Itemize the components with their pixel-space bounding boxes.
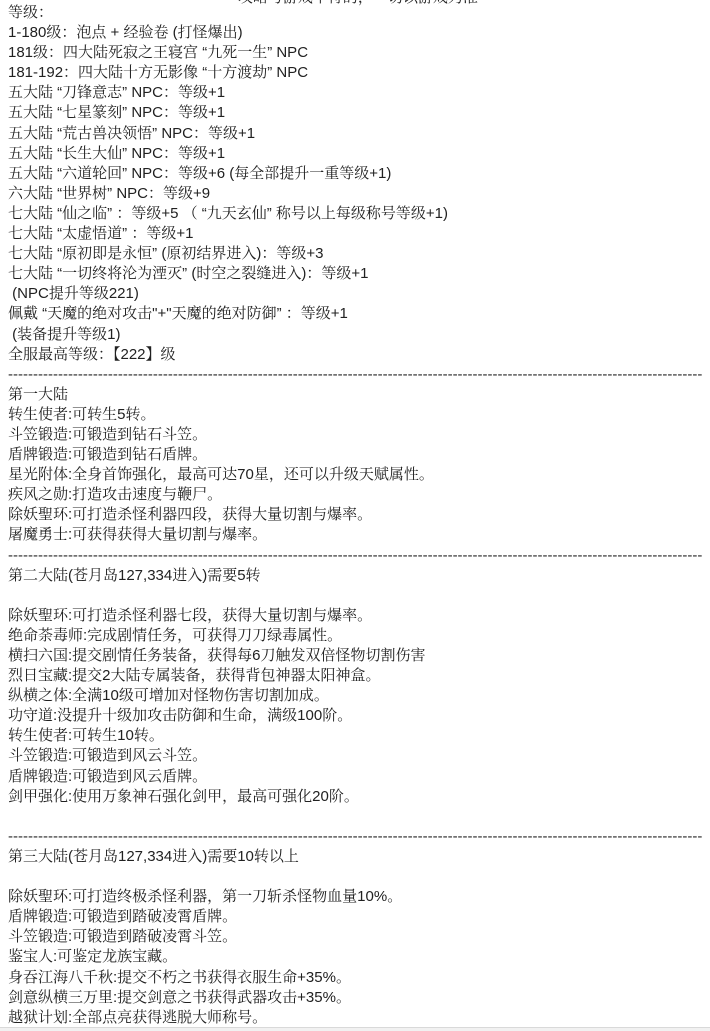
text-line: 鉴宝人:可鉴定龙族宝藏。: [8, 947, 702, 967]
document-body: 等级：1-180级：泡点 + 经验卷 (打怪爆出)181级：四大陆死寂之王寝宫 …: [8, 3, 702, 1028]
text-line: 剑意纵横三万里:提交剑意之书获得武器攻击+35%。: [8, 988, 702, 1008]
text-line: 身吞江海八千秋:提交不朽之书获得衣服生命+35%。: [8, 968, 702, 988]
text-line: 斗笠锻造:可锻造到风云斗笠。: [8, 746, 702, 766]
text-line: 七大陆 “一切终将沦为湮灭” (时空之裂缝进入)：等级+1: [8, 264, 702, 284]
text-line: 等级：: [8, 3, 702, 23]
text-line: 疾风之勋:打造攻击速度与鞭尸。: [8, 485, 702, 505]
text-line: 转生使者:可转生5转。: [8, 405, 702, 425]
text-line: (装备提升等级1): [8, 325, 702, 345]
document-page: *攻略与游戏不符的，一切以游戏为准 等级：1-180级：泡点 + 经验卷 (打怪…: [0, 0, 710, 1031]
text-line: 五大陆 “六道轮回” NPC：等级+6 (每全部提升一重等级+1): [8, 164, 702, 184]
text-line: 星光附体:全身首饰强化，最高可达70星，还可以升级天赋属性。: [8, 465, 702, 485]
blank-line: [8, 586, 702, 606]
text-line: 七大陆 “仙之临” ：等级+5 （ “九天玄仙” 称号以上每级称号等级+1): [8, 204, 702, 224]
text-line: 181-192：四大陆十方无影像 “十方渡劫” NPC: [8, 63, 702, 83]
text-line: 除妖聖环:可打造杀怪利器四段，获得大量切割与爆率。: [8, 505, 702, 525]
text-line: 转生使者:可转生10转。: [8, 726, 702, 746]
blank-line: [8, 807, 702, 827]
text-line: 盾牌锻造:可锻造到踏破凌霄盾牌。: [8, 907, 702, 927]
text-line: 全服最高等级：【222】级: [8, 345, 702, 365]
text-line: 剑甲强化:使用万象神石强化剑甲，最高可强化20阶。: [8, 787, 702, 807]
text-line: 烈日宝藏:提交2大陆专属装备，获得背包神器太阳神盒。: [8, 666, 702, 686]
text-line: 七大陆 “太虚悟道” ：等级+1: [8, 224, 702, 244]
text-line: 斗笠锻造:可锻造到踏破凌霄斗笠。: [8, 927, 702, 947]
text-line: 五大陆 “长生大仙” NPC：等级+1: [8, 144, 702, 164]
text-line: 七大陆 “原初即是永恒” (原初结界进入)：等级+3: [8, 244, 702, 264]
text-line: 六大陆 “世界树” NPC：等级+9: [8, 184, 702, 204]
text-line: 1-180级：泡点 + 经验卷 (打怪爆出): [8, 23, 702, 43]
separator-line: ----------------------------------------…: [8, 365, 702, 385]
text-line: 斗笠锻造:可锻造到钻石斗笠。: [8, 425, 702, 445]
text-line: 盾牌锻造:可锻造到风云盾牌。: [8, 767, 702, 787]
text-line: 佩戴 “天魔的绝对攻击"+"天魔的绝对防御” ：等级+1: [8, 304, 702, 324]
text-line: 除妖聖环:可打造杀怪利器七段，获得大量切割与爆率。: [8, 606, 702, 626]
text-line: 五大陆 “刀锋意志” NPC：等级+1: [8, 83, 702, 103]
text-line: 纵横之体:全满10级可增加对怪物伤害切割加成。: [8, 686, 702, 706]
text-line: 五大陆 “七星篆刻” NPC：等级+1: [8, 103, 702, 123]
separator-line: ----------------------------------------…: [8, 827, 702, 847]
text-line: 越狱计划:全部点亮获得逃脱大师称号。: [8, 1008, 702, 1028]
text-line: 屠魔勇士:可获得获得大量切割与爆率。: [8, 525, 702, 545]
text-line: 第二大陆(苍月岛127,334进入)需要5转: [8, 566, 702, 586]
text-line: 盾牌锻造:可锻造到钻石盾牌。: [8, 445, 702, 465]
text-line: 功守道:没提升十级加攻击防御和生命，满级100阶。: [8, 706, 702, 726]
text-line: 第一大陆: [8, 385, 702, 405]
bottom-edge-strip: [0, 1027, 710, 1031]
blank-line: [8, 867, 702, 887]
text-line: 除妖聖环:可打造终极杀怪利器，第一刀斩杀怪物血量10%。: [8, 887, 702, 907]
text-line: 绝命荼毒师:完成剧情任务，可获得刀刀绿毒属性。: [8, 626, 702, 646]
text-line: 五大陆 “荒古兽决领悟” NPC：等级+1: [8, 124, 702, 144]
text-line: 第三大陆(苍月岛127,334进入)需要10转以上: [8, 847, 702, 867]
separator-line: ----------------------------------------…: [8, 546, 702, 566]
text-line: 横扫六国:提交剧情任务装备，获得每6刀触发双倍怪物切割伤害: [8, 646, 702, 666]
text-line: (NPC提升等级221): [8, 284, 702, 304]
text-line: 181级：四大陆死寂之王寝宫 “九死一生” NPC: [8, 43, 702, 63]
